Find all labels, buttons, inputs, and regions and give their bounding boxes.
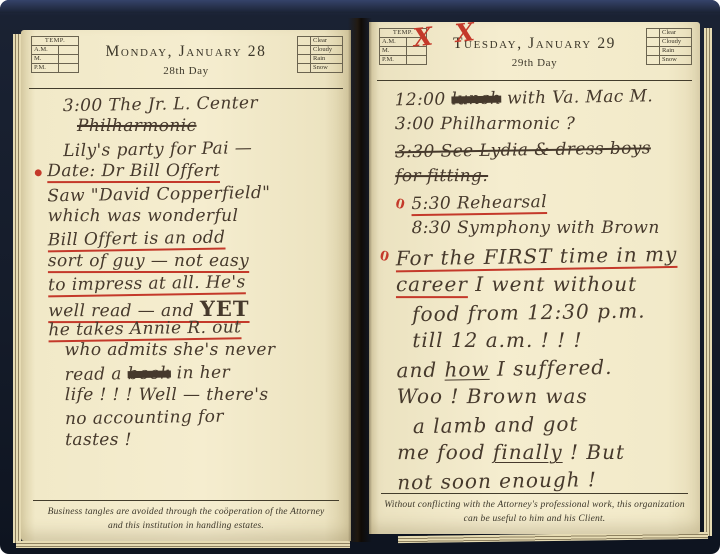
footer-line-2: and this institution in handling estates…: [108, 521, 264, 531]
weather-checkbox: [647, 29, 660, 38]
diary-entry-line: 05:30 Rehearsal: [411, 190, 693, 220]
diary-entry-line: 12:00 lunch with Va. Mac M.: [394, 86, 692, 117]
diary-entry-line: 3:30 See Lydia & dress boys: [395, 138, 693, 169]
diary-entry-line: life ! ! ! Well — there's: [65, 385, 346, 408]
red-underlined-text: to impress at all. He's: [48, 272, 246, 295]
diary-book: TEMP. A.M. M. P.M. Monday, January 28 28…: [0, 0, 720, 554]
diary-entry-line: well read — and YET: [48, 295, 345, 318]
diary-entry-line: who admits she's never: [65, 340, 346, 363]
weather-checkbox: [298, 55, 311, 64]
scribbled-out-text: book: [127, 363, 171, 384]
diary-entry-line: for fitting.: [395, 166, 693, 192]
diary-entry-line: which was wonderful: [48, 206, 345, 229]
diary-entry-line: and how I suffered.: [396, 354, 694, 387]
red-underlined-text: 5:30 Rehearsal: [411, 192, 547, 214]
diary-entry-line: ●Date: Dr Bill Offert: [47, 161, 344, 184]
red-underlined-text: Bill Offert is an odd: [48, 228, 226, 251]
header-rule: [377, 80, 692, 81]
diary-entry-line: Lily's party for Pai —: [63, 137, 344, 164]
red-underlined-text: Date: Dr Bill Offert: [47, 161, 220, 181]
weather-checkbox: [647, 56, 660, 65]
book-gutter-shadow: [348, 18, 372, 542]
red-underlined-text: sort of guy — not easy: [48, 251, 249, 271]
weather-checkbox: [647, 38, 660, 47]
left-page: TEMP. A.M. M. P.M. Monday, January 28 28…: [21, 30, 351, 541]
diary-entry-line: Philharmonic: [77, 116, 344, 139]
footer-line-1: Without conflicting with the Attorney's …: [384, 500, 685, 510]
diary-entry-line: a lamb and got: [413, 410, 695, 442]
weather-checkbox: [298, 46, 311, 55]
page-edge-stack-right: [704, 28, 712, 536]
underlined-text: how: [444, 357, 489, 382]
diary-entry-line: he takes Annie R. out: [48, 316, 345, 343]
red-underlined-text: career: [396, 272, 468, 296]
right-page: TEMP. A.M. M. P.M. X X Tuesday, January …: [369, 22, 700, 534]
diary-entry-line: read a book in her: [65, 360, 346, 387]
weather-cloudy: Cloudy: [311, 46, 343, 55]
weather-rain: Rain: [660, 47, 692, 56]
diary-entry-line: to impress at all. He's: [48, 271, 345, 298]
diary-entry-line: sort of guy — not easy: [48, 251, 345, 274]
weather-clear: Clear: [660, 29, 692, 38]
diary-entry-line: no accounting for: [65, 405, 346, 432]
diary-entry-line: Saw "David Copperfield": [47, 181, 344, 208]
weather-table: Clear Cloudy Rain Snow: [646, 28, 692, 65]
struck-text: Philharmonic: [77, 116, 197, 136]
diary-entry-line: 3:00 Philharmonic ?: [395, 114, 693, 140]
struck-text: 3:30 See Lydia & dress boys: [395, 138, 651, 162]
footer-line-2: can be useful to him and his Client.: [464, 514, 606, 524]
weather-snow: Snow: [311, 64, 343, 73]
diary-entry-line: Woo ! Brown was: [397, 384, 695, 412]
scribbled-out-text: lunch: [451, 89, 501, 110]
header-rule: [29, 88, 343, 89]
page-edge-stack-left: [13, 34, 21, 543]
weather-checkbox: [298, 64, 311, 73]
red-underlined-text: For the FIRST time in my: [396, 242, 678, 270]
diary-entry-line: me food finally ! But: [397, 440, 695, 468]
diary-entry-line: 8:30 Symphony with Brown: [412, 218, 694, 244]
weather-checkbox: [298, 37, 311, 46]
handwritten-entries: 12:00 lunch with Va. Mac M. 3:00 Philhar…: [395, 87, 696, 497]
red-underlined-text: he takes Annie R. out: [48, 317, 241, 340]
footer-line-1: Business tangles are avoided through the…: [48, 507, 325, 517]
struck-text: for fitting.: [395, 166, 488, 186]
page-edge-stack-bottom-left: [16, 541, 350, 548]
diary-entry-line: Bill Offert is an odd: [48, 226, 345, 253]
underlined-text: finally: [493, 440, 563, 464]
red-margin-mark: 0: [394, 196, 407, 213]
weather-checkbox: [647, 47, 660, 56]
diary-entry-line: food from 12:30 p.m.: [412, 298, 694, 330]
diary-entry-line: tastes !: [65, 430, 346, 453]
weather-clear: Clear: [311, 37, 343, 46]
diary-entry-line: 0For the FIRST time in my: [396, 242, 694, 275]
weather-table: Clear Cloudy Rain Snow: [297, 36, 343, 73]
red-margin-mark: 0: [378, 249, 391, 266]
weather-cloudy: Cloudy: [660, 38, 692, 47]
page-footer: Business tangles are avoided through the…: [33, 500, 339, 533]
diary-entry-line: till 12 a.m. ! ! !: [412, 328, 694, 356]
page-footer: Without conflicting with the Attorney's …: [381, 493, 688, 526]
handwritten-entries: 3:00 The Jr. L. Center Philharmonic Lily…: [47, 93, 346, 453]
red-margin-mark: ●: [33, 167, 43, 179]
diary-entry-line: 3:00 The Jr. L. Center: [63, 92, 344, 119]
weather-snow: Snow: [660, 56, 692, 65]
weather-rain: Rain: [311, 55, 343, 64]
diary-entry-line: career I went without: [396, 272, 694, 300]
